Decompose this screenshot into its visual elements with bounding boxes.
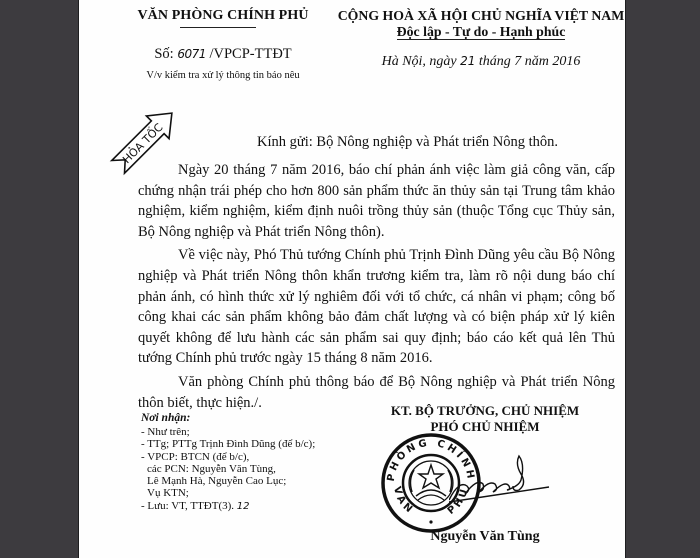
body-paragraph-1: Ngày 20 tháng 7 năm 2016, báo chí phản á…: [138, 160, 615, 242]
recipients-title: Nơi nhận:: [141, 412, 190, 424]
national-motto: Độc lập - Tự do - Hạnh phúc: [331, 24, 631, 40]
recipient-line: Lê Mạnh Hà, Nguyễn Cao Lục;: [141, 475, 315, 487]
body-paragraph-2: Về việc này, Phó Thủ tướng Chính phủ Trị…: [138, 245, 615, 369]
recipient-line: Vụ KTN;: [141, 487, 315, 499]
agency-underline: [180, 27, 256, 28]
issuing-agency: VĂN PHÒNG CHÍNH PHỦ: [79, 8, 367, 24]
date-day-handwritten: 21: [460, 54, 475, 68]
document-subject: V/v kiểm tra xử lý thông tin báo nêu: [79, 70, 367, 81]
signature-authority: KT. BỘ TRƯỞNG, CHỦ NHIỆM: [365, 403, 605, 419]
document-number-suffix: /VPCP-TTĐT: [206, 46, 292, 62]
recipient-line: các PCN: Nguyễn Văn Tùng,: [141, 463, 315, 475]
recipient-line: - VPCP: BTCN (để b/c),: [141, 451, 315, 463]
recipient-line-archive: - Lưu: VT, TTĐT(3). 12: [141, 500, 315, 513]
archive-count-handwritten: 12: [237, 501, 250, 512]
letter-body: Ngày 20 tháng 7 năm 2016, báo chí phản á…: [138, 160, 615, 416]
date-prefix: Hà Nội, ngày: [382, 54, 461, 69]
document-number: Số: 6071 /VPCP-TTĐT: [79, 46, 367, 63]
motto-text: Độc lập - Tự do - Hạnh phúc: [397, 24, 566, 40]
recipient-line: - Như trên;: [141, 426, 315, 438]
issue-date: Hà Nội, ngày 21 tháng 7 năm 2016: [331, 54, 631, 70]
recipient-line: - TTg; PTTg Trịnh Đình Dũng (để b/c);: [141, 438, 315, 450]
recipients-list: - Như trên; - TTg; PTTg Trịnh Đình Dũng …: [141, 426, 315, 513]
signer-name: Nguyễn Văn Tùng: [365, 529, 605, 545]
national-title: CỘNG HOÀ XÃ HỘI CHỦ NGHĨA VIỆT NAM: [331, 8, 631, 24]
document-number-prefix: Số:: [154, 46, 177, 62]
document-page: VĂN PHÒNG CHÍNH PHỦ Số: 6071 /VPCP-TTĐT …: [78, 0, 626, 558]
handwritten-signature-icon: [449, 450, 609, 520]
date-suffix: tháng 7 năm 2016: [475, 54, 580, 69]
greeting-line: Kính gửi: Bộ Nông nghiệp và Phát triển N…: [257, 134, 558, 151]
archive-text: - Lưu: VT, TTĐT(3).: [141, 500, 237, 512]
document-number-handwritten: 6071: [177, 47, 206, 61]
